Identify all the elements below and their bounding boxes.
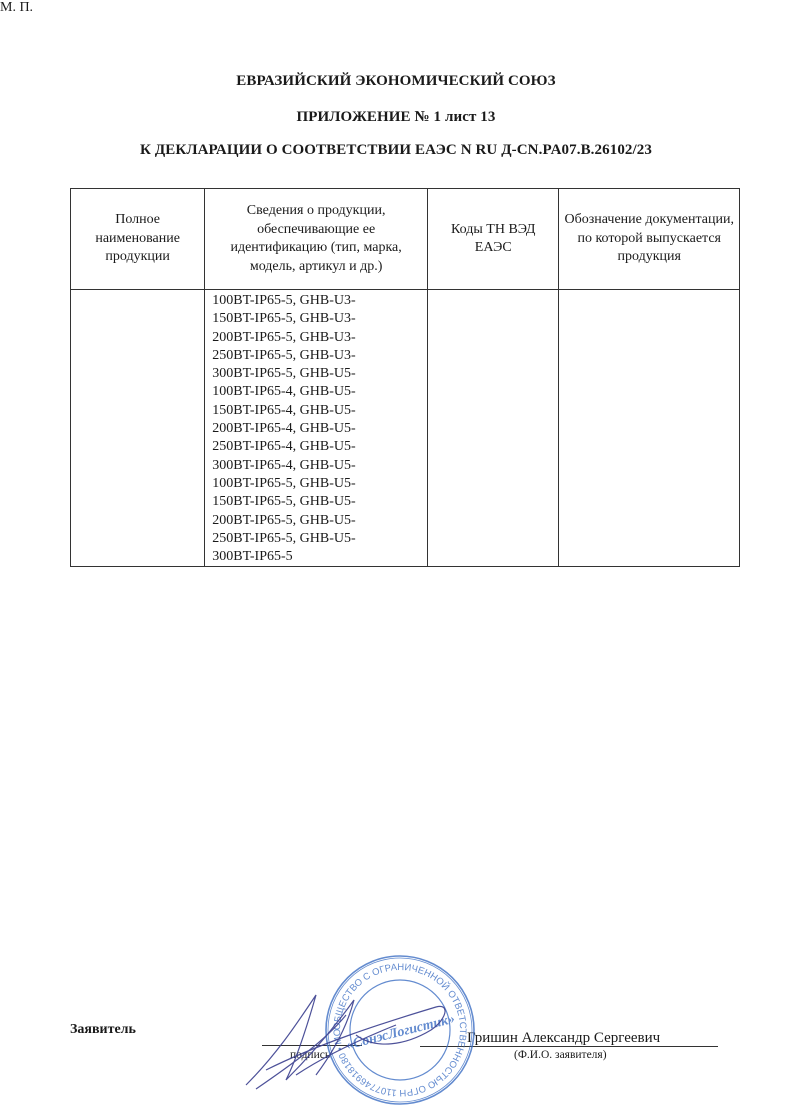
model-line: 250BT-IP65-5, GHB-U3- — [212, 347, 427, 365]
model-line: 100BT-IP65-5, GHB-U5- — [212, 475, 427, 493]
union-title: ЕВРАЗИЙСКИЙ ЭКОНОМИЧЕСКИЙ СОЮЗ — [0, 73, 792, 90]
table-row: 100BT-IP65-5, GHB-U3-150BT-IP65-5, GHB-U… — [71, 290, 740, 567]
name-caption: (Ф.И.О. заявителя) — [514, 1049, 607, 1061]
column-header-full-name: Полное наименование продукции — [71, 189, 205, 290]
model-line: 250BT-IP65-5, GHB-U5- — [212, 530, 427, 548]
model-line: 200BT-IP65-4, GHB-U5- — [212, 420, 427, 438]
cell-tn-ved — [427, 290, 558, 567]
column-header-documentation: Обозначение документации, по которой вып… — [559, 189, 740, 290]
products-table: Полное наименование продукции Сведения о… — [70, 188, 740, 567]
cell-full-name — [71, 290, 205, 567]
appendix-title: ПРИЛОЖЕНИЕ № 1 лист 13 — [0, 109, 792, 126]
applicant-name: Гришин Александр Сергеевич — [467, 1030, 660, 1047]
applicant-label: Заявитель — [70, 1022, 136, 1038]
model-line: 150BT-IP65-4, GHB-U5- — [212, 402, 427, 420]
model-line: 200BT-IP65-5, GHB-U3- — [212, 329, 427, 347]
declaration-title: К ДЕКЛАРАЦИИ О СООТВЕТСТВИИ ЕАЭС N RU Д-… — [0, 142, 792, 159]
cell-identification: 100BT-IP65-5, GHB-U3-150BT-IP65-5, GHB-U… — [205, 290, 428, 567]
cell-documentation — [559, 290, 740, 567]
model-line: 100BT-IP65-5, GHB-U3- — [212, 292, 427, 310]
handwritten-signature — [236, 985, 456, 1095]
seal-caption: М. П. — [0, 0, 792, 16]
model-line: 200BT-IP65-5, GHB-U5- — [212, 512, 427, 530]
model-line: 300BT-IP65-4, GHB-U5- — [212, 457, 427, 475]
column-header-tn-ved: Коды ТН ВЭД ЕАЭС — [427, 189, 558, 290]
model-line: 250BT-IP65-4, GHB-U5- — [212, 438, 427, 456]
model-line: 150BT-IP65-5, GHB-U3- — [212, 310, 427, 328]
table-header-row: Полное наименование продукции Сведения о… — [71, 189, 740, 290]
model-line: 100BT-IP65-4, GHB-U5- — [212, 383, 427, 401]
model-line: 300BT-IP65-5 — [212, 548, 427, 566]
model-line: 300BT-IP65-5, GHB-U5- — [212, 365, 427, 383]
model-line: 150BT-IP65-5, GHB-U5- — [212, 493, 427, 511]
column-header-identification: Сведения о продукции, обеспечивающие ее … — [205, 189, 428, 290]
